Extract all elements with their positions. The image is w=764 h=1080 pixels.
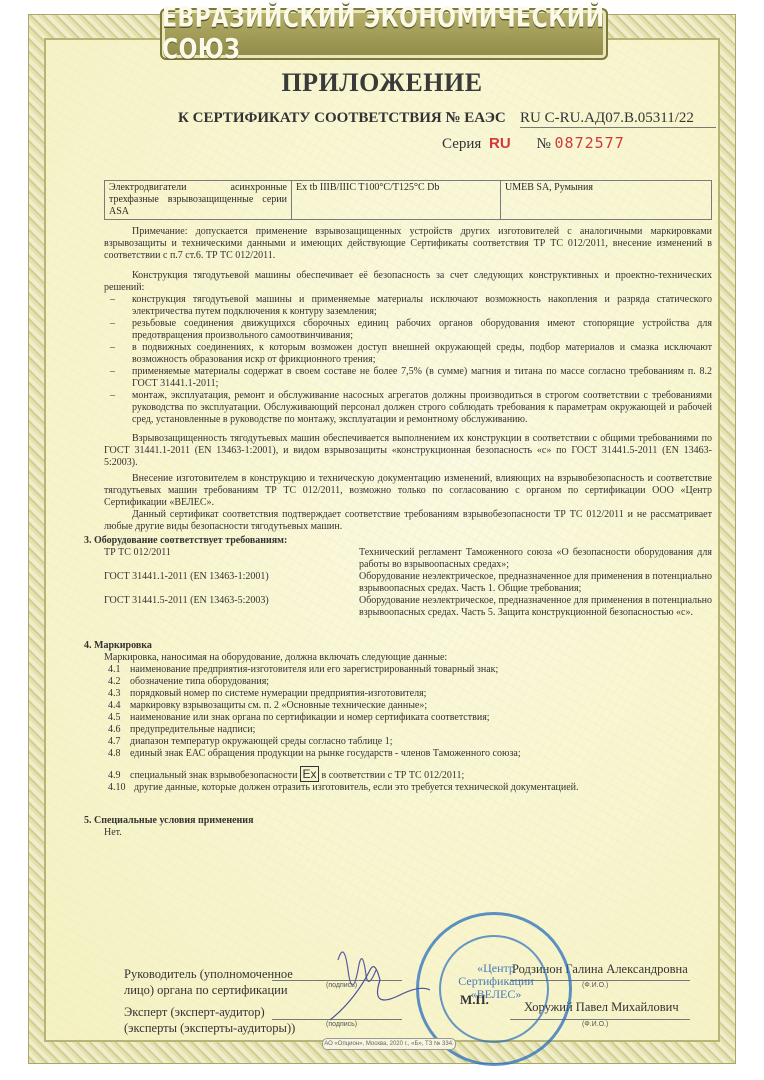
list-item: 4.1наименование предприятия-изготовителя… <box>108 664 712 676</box>
marking-cell: Ex tb IIIB/IIIC T100°C/T125°C Db <box>292 181 501 220</box>
note-block: Примечание: допускается применение взрыв… <box>104 226 712 262</box>
certificate-label: К СЕРТИФИКАТУ СООТВЕТСТВИЯ № ЕАЭС <box>178 110 506 127</box>
list-item: конструкция тягодутьевой машины и примен… <box>104 294 712 318</box>
series-line: Серия RU № 0872577 <box>442 134 625 153</box>
serial-number: 0872577 <box>555 134 625 152</box>
series-value: RU <box>489 135 511 152</box>
section-3-heading: 3. Оборудование соответствует требования… <box>84 535 712 547</box>
construction-list: конструкция тягодутьевой машины и примен… <box>104 294 712 426</box>
requirement-standard: ГОСТ 31441.5-2011 (EN 13463-5:2003) <box>104 595 359 619</box>
requirement-row: ТР ТС 012/2011 Технический регламент Там… <box>104 547 712 571</box>
list-item: 4.6предупредительные надписи; <box>108 724 712 736</box>
section-3: 3. Оборудование соответствует требования… <box>84 535 712 619</box>
section-5-heading: 5. Специальные условия применения <box>84 815 712 827</box>
table-row: Электродвигатели асинхронные трехфазные … <box>105 181 712 220</box>
section-5: 5. Специальные условия применения Нет. <box>84 815 712 839</box>
list-item: 4.4маркировку взрывозащиты см. п. 2 «Осн… <box>108 700 712 712</box>
construction-intro: Конструкция тягодутьевой машины обеспечи… <box>104 270 712 294</box>
requirement-row: ГОСТ 31441.5-2011 (EN 13463-5:2003) Обор… <box>104 595 712 619</box>
requirement-standard: ГОСТ 31441.1-2011 (EN 13463-1:2001) <box>104 571 359 595</box>
section-4-intro: Маркировка, наносимая на оборудование, д… <box>104 652 712 664</box>
union-banner: ЕВРАЗИЙСКИЙ ЭКОНОМИЧЕСКИЙ СОЮЗ <box>160 8 608 60</box>
paragraph-scope: Данный сертификат соответствия подтвержд… <box>104 509 712 533</box>
list-item: 4.2обозначение типа оборудования; <box>108 676 712 688</box>
section-4-heading: 4. Маркировка <box>84 640 712 652</box>
requirement-row: ГОСТ 31441.1-2011 (EN 13463-1:2001) Обор… <box>104 571 712 595</box>
paragraph-changes: Внесение изготовителем в конструкцию и т… <box>104 473 712 509</box>
construction-block: Конструкция тягодутьевой машины обеспечи… <box>104 270 712 426</box>
requirement-standard: ТР ТС 012/2011 <box>104 547 359 571</box>
paragraph-explosion-protection: Взрывозащищенность тягодутьевых машин об… <box>104 433 712 469</box>
list-item: 4.8единый знак ЕАС обращения продукции н… <box>108 748 712 760</box>
section-5-text: Нет. <box>84 827 712 839</box>
list-item: 4.7диапазон температур окружающей среды … <box>108 736 712 748</box>
list-item: монтаж, эксплуатация, ремонт и обслужива… <box>104 390 712 426</box>
head-name-caption: (Ф.И.О.) <box>582 982 608 989</box>
list-item: 4.5наименование или знак органа по серти… <box>108 712 712 724</box>
paragraphs-block: Взрывозащищенность тягодутьевых машин об… <box>104 433 712 533</box>
expert-label: Эксперт (эксперт-аудитор) (эксперты (экс… <box>124 1004 295 1036</box>
ex-symbol-icon: Ex <box>300 766 318 782</box>
list-item: резьбовые соединения движущихся сборочны… <box>104 318 712 342</box>
note-text: Примечание: допускается применение взрыв… <box>104 226 712 262</box>
certificate-number: RU C-RU.АД07.В.05311/22 <box>520 110 716 128</box>
number-label: № <box>536 136 550 152</box>
requirement-description: Оборудование неэлектрическое, предназнач… <box>359 595 712 619</box>
list-item: 4.9 специальный знак взрывобезопасности … <box>108 766 712 782</box>
series-label: Серия <box>442 136 481 152</box>
product-table: Электродвигатели асинхронные трехфазные … <box>104 180 712 220</box>
head-label: Руководитель (уполномоченное лицо) орган… <box>124 966 293 998</box>
page-title: ПРИЛОЖЕНИЕ <box>0 68 764 98</box>
section-4: 4. Маркировка Маркировка, наносимая на о… <box>84 640 712 794</box>
expert-name-caption: (Ф.И.О.) <box>582 1021 608 1028</box>
product-cell: Электродвигатели асинхронные трехфазные … <box>105 181 292 220</box>
printer-imprint: АО «Опцион», Москва, 2020 г., «Б», ТЗ № … <box>322 1038 456 1050</box>
stamp-mp-label: М.П. <box>460 992 489 1008</box>
requirement-description: Оборудование неэлектрическое, предназнач… <box>359 571 712 595</box>
list-item: применяемые материалы содержат в своем с… <box>104 366 712 390</box>
manufacturer-cell: UMEB SA, Румыния <box>501 181 712 220</box>
union-banner-text: ЕВРАЗИЙСКИЙ ЭКОНОМИЧЕСКИЙ СОЮЗ <box>162 3 606 66</box>
list-item: в подвижных соединениях, к которым возмо… <box>104 342 712 366</box>
list-item: 4.10другие данные, которые должен отрази… <box>108 782 712 794</box>
list-item: 4.3порядковый номер по системе нумерации… <box>108 688 712 700</box>
signature-scribbles <box>320 930 430 1030</box>
requirement-description: Технический регламент Таможенного союза … <box>359 547 712 571</box>
